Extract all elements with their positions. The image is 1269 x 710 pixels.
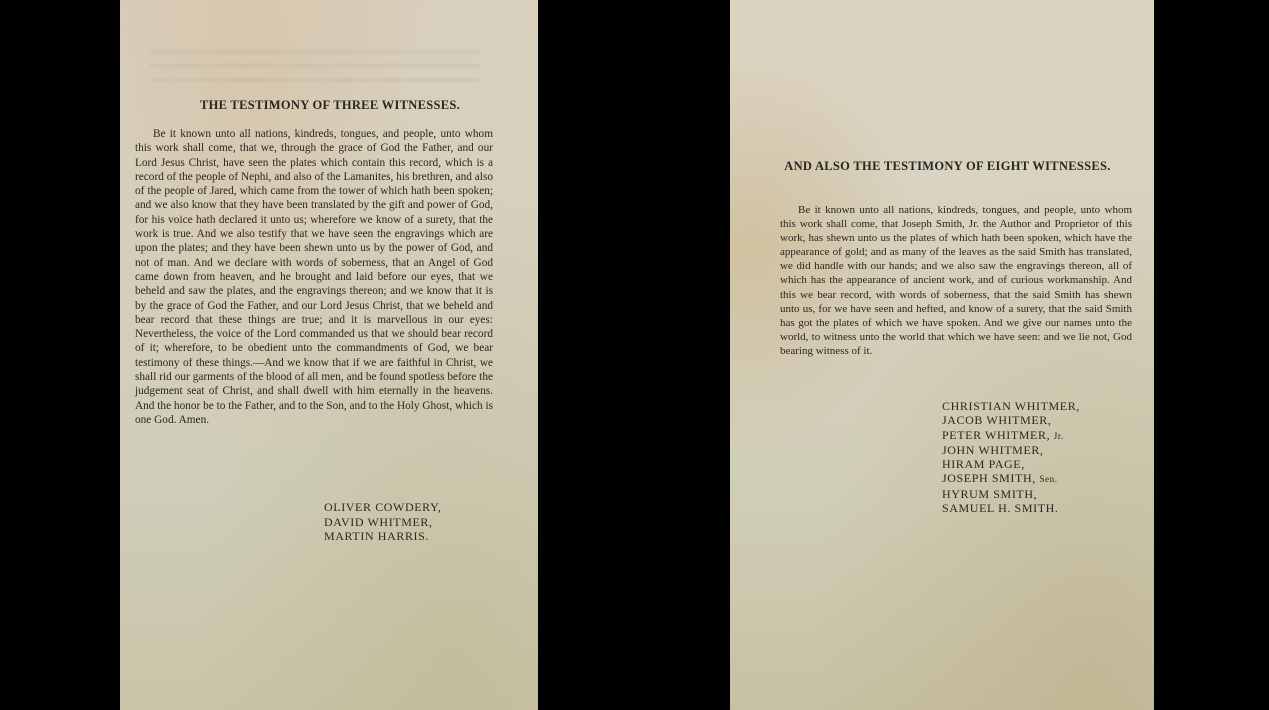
eight-witnesses-signatures: CHRISTIAN WHITMER, JACOB WHITMER, PETER … (942, 399, 1080, 515)
signature: DAVID WHITMER, (324, 515, 441, 530)
signature: HYRUM SMITH, (942, 487, 1080, 501)
signature: JOHN WHITMER, (942, 443, 1080, 457)
three-witnesses-body: Be it known unto all nations, kindreds, … (135, 127, 493, 427)
three-witnesses-signatures: OLIVER COWDERY, DAVID WHITMER, MARTIN HA… (324, 500, 441, 544)
eight-witnesses-paragraph: Be it known unto all nations, kindreds, … (780, 203, 1132, 358)
signature: CHRISTIAN WHITMER, (942, 399, 1080, 413)
signature: OLIVER COWDERY, (324, 500, 441, 515)
three-witnesses-heading: THE TESTIMONY OF THREE WITNESSES. (140, 98, 520, 113)
left-page: THE TESTIMONY OF THREE WITNESSES. Be it … (120, 0, 538, 710)
signature-suffix: Jr. (1054, 431, 1064, 441)
signature: JACOB WHITMER, (942, 413, 1080, 427)
signature: SAMUEL H. SMITH. (942, 501, 1080, 515)
three-witnesses-paragraph: Be it known unto all nations, kindreds, … (135, 127, 493, 427)
signature-suffix: Sen. (1039, 474, 1057, 484)
signature: HIRAM PAGE, (942, 457, 1080, 471)
right-page: AND ALSO THE TESTIMONY OF EIGHT WITNESSE… (730, 0, 1154, 710)
signature: MARTIN HARRIS. (324, 529, 441, 544)
eight-witnesses-body: Be it known unto all nations, kindreds, … (780, 203, 1132, 358)
signature: PETER WHITMER, Jr. (942, 428, 1080, 443)
bleed-through-text (150, 50, 480, 90)
eight-witnesses-heading: AND ALSO THE TESTIMONY OF EIGHT WITNESSE… (770, 159, 1125, 174)
signature: JOSEPH SMITH, Sen. (942, 471, 1080, 486)
